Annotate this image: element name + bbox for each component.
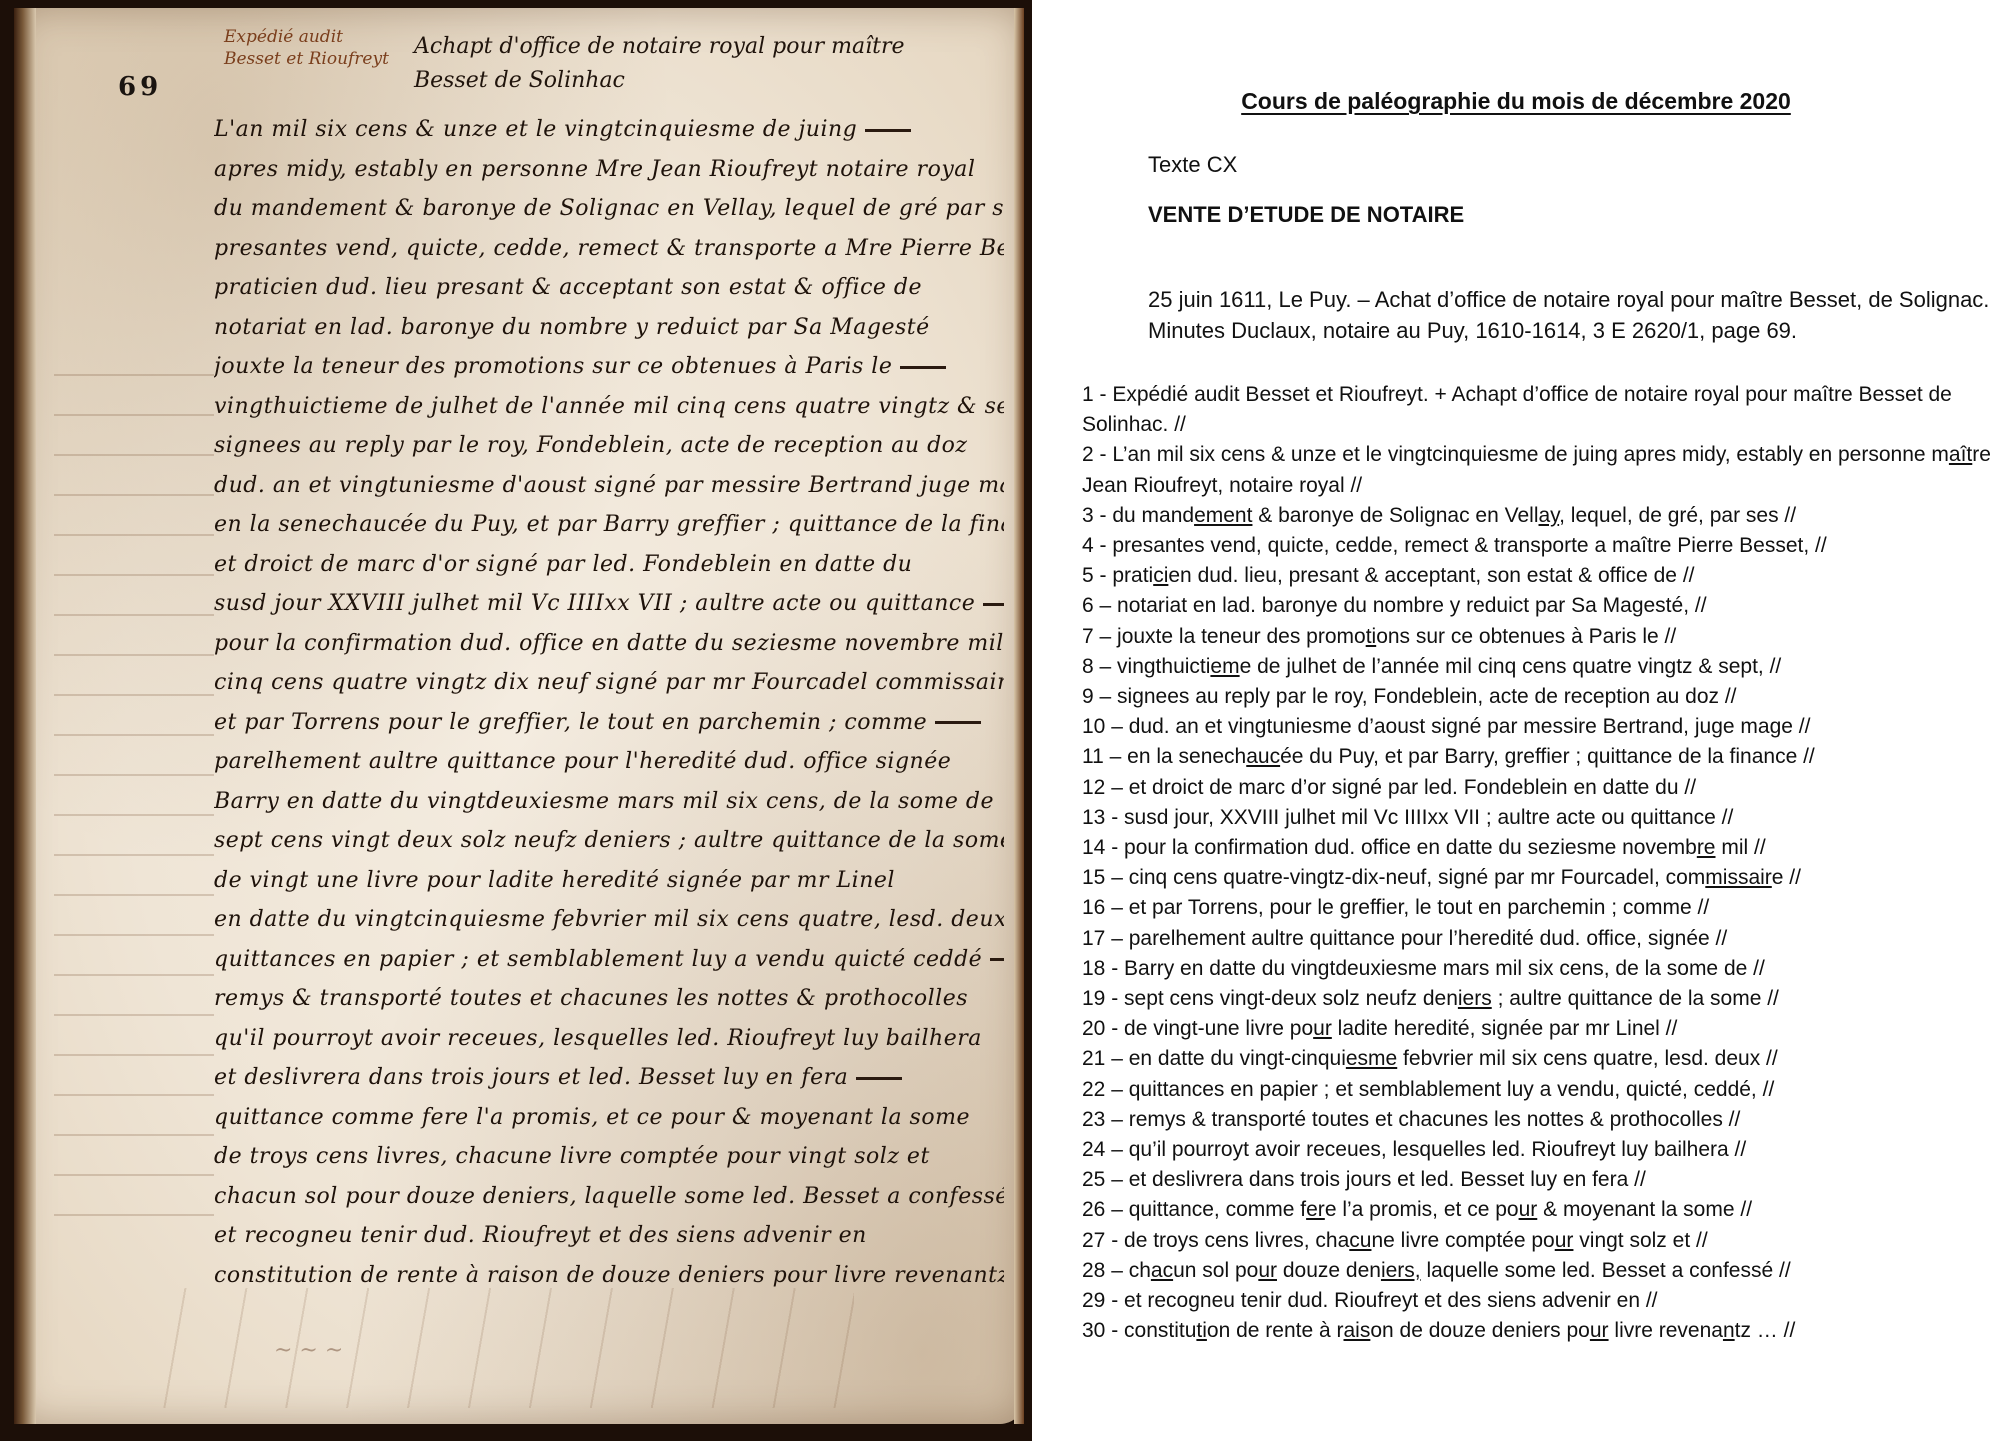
manuscript-line: et recogneu tenir dud. Rioufreyt et des … — [214, 1216, 1004, 1256]
manuscript-line: en datte du vingtcinquiesme febvrier mil… — [214, 900, 1004, 940]
manuscript-handwriting: L'an mil six cens & unze et le vingtcinq… — [214, 110, 1004, 1295]
expanded-abbreviation: ur — [1555, 1229, 1574, 1252]
manuscript-heading: Achapt d'office de notaire royal pour ma… — [414, 30, 994, 98]
manuscript-line-text: chacun sol pour douze deniers, laquelle … — [214, 1184, 1004, 1209]
manuscript-line: signees au reply par le roy, Fondeblein,… — [214, 426, 1004, 466]
manuscript-line-text: et deslivrera dans trois jours et led. B… — [214, 1065, 848, 1090]
line-text: 17 – parelhement aultre quittance pour l… — [1082, 927, 1727, 950]
page-edge — [1014, 8, 1024, 1424]
manuscript-line-text: remys & transporté toutes et chacunes le… — [214, 986, 968, 1011]
transcription-line: 17 – parelhement aultre quittance pour l… — [1082, 924, 2000, 954]
line-filler-dash — [856, 1077, 902, 1080]
line-text: e // — [1772, 866, 1801, 889]
expanded-abbreviation: ement — [1194, 504, 1252, 527]
transcription-line: 1 - Expédié audit Besset et Rioufreyt. +… — [1082, 380, 2000, 440]
transcription-line: 5 - praticien dud. lieu, presant & accep… — [1082, 561, 2000, 591]
manuscript-line: vingthuictieme de julhet de l'année mil … — [214, 387, 1004, 427]
line-text: & baronye de Solignac en Vell — [1252, 504, 1538, 527]
line-filler-dash — [865, 129, 911, 132]
transcription-line: 22 – quittances en papier ; et semblable… — [1082, 1075, 2000, 1105]
manuscript-line: dud. an et vingtuniesme d'aoust signé pa… — [214, 466, 1004, 506]
expanded-abbreviation: re — [1697, 836, 1716, 859]
expanded-abbreviation: ay — [1539, 504, 1560, 527]
manuscript-line: presantes vend, quicte, cedde, remect & … — [214, 229, 1004, 269]
transcription-line: 12 – et droict de marc d’or signé par le… — [1082, 773, 2000, 803]
manuscript-heading-line: Achapt d'office de notaire royal pour ma… — [414, 30, 994, 64]
transcription-line: 13 - susd jour, XXVIII julhet mil Vc III… — [1082, 803, 2000, 833]
expanded-abbreviation: auc — [1246, 745, 1280, 768]
line-filler-dash — [935, 721, 981, 724]
document-summary: 25 juin 1611, Le Puy. – Achat d’office d… — [1148, 284, 1998, 346]
line-text: 23 – remys & transporté toutes et chacun… — [1082, 1108, 1740, 1131]
expanded-abbreviation: aît — [1949, 443, 1972, 466]
expanded-abbreviation: ur — [1313, 1017, 1332, 1040]
expanded-abbreviation: ti — [1196, 1319, 1207, 1342]
manuscript-line-text: jouxte la teneur des promotions sur ce o… — [214, 354, 892, 379]
manuscript-line-text: praticien dud. lieu presant & acceptant … — [214, 275, 922, 300]
manuscript-line-text: en datte du vingtcinquiesme febvrier mil… — [214, 907, 1004, 932]
manuscript-line-text: quittances en papier ; et semblablement … — [214, 947, 982, 972]
line-text: 19 - sept cens vingt-deux solz neufz den — [1082, 987, 1458, 1010]
transcription-line: 19 - sept cens vingt-deux solz neufz den… — [1082, 984, 2000, 1014]
manuscript-line-text: parelhement aultre quittance pour l'here… — [214, 749, 951, 774]
transcription-line: 3 - du mandement & baronye de Solignac e… — [1082, 501, 2000, 531]
manuscript-line-text: cinq cens quatre vingtz dix neuf signé p… — [214, 670, 1004, 695]
expanded-abbreviation: esme — [1346, 1047, 1397, 1070]
line-text: ons sur ce obtenues à Paris le // — [1376, 625, 1676, 648]
manuscript-line-text: signees au reply par le roy, Fondeblein,… — [214, 433, 968, 458]
line-text: 6 – notariat en lad. baronye du nombre y… — [1082, 594, 1707, 617]
manuscript-page: 69 Expédié audit Besset et Rioufreyt Ach… — [14, 8, 1024, 1424]
manuscript-line-text: et droict de marc d'or signé par led. Fo… — [214, 552, 912, 577]
line-text: un sol po — [1173, 1259, 1258, 1282]
line-text: tz … // — [1735, 1319, 1796, 1342]
line-text: 3 - du mand — [1082, 504, 1194, 527]
transcription-line: 26 – quittance, comme fere l’a promis, e… — [1082, 1195, 2000, 1225]
manuscript-line: et droict de marc d'or signé par led. Fo… — [214, 545, 1004, 585]
manuscript-line: en la senechaucée du Puy, et par Barry g… — [214, 505, 1004, 545]
manuscript-line: de troys cens livres, chacune livre comp… — [214, 1137, 1004, 1177]
line-text: 10 – dud. an et vingtuniesme d’aoust sig… — [1082, 715, 1810, 738]
transcription-line: 15 – cinq cens quatre-vingtz-dix-neuf, s… — [1082, 863, 2000, 893]
manuscript-line: praticien dud. lieu presant & acceptant … — [214, 268, 1004, 308]
transcription-line: 10 – dud. an et vingtuniesme d’aoust sig… — [1082, 712, 2000, 742]
line-text: 11 – en la senech — [1082, 745, 1246, 768]
expanded-abbreviation: ur — [1519, 1198, 1538, 1221]
line-text: en dud. lieu, presant & acceptant, son e… — [1168, 564, 1694, 587]
line-text: ée du Puy, et par Barry, greffier ; quit… — [1280, 745, 1815, 768]
manuscript-line: quittance comme fere l'a promis, et ce p… — [214, 1098, 1004, 1138]
manuscript-line-text: vingthuictieme de julhet de l'année mil … — [214, 394, 1004, 419]
expanded-abbreviation: n — [1723, 1319, 1735, 1342]
expanded-abbreviation: cu — [1349, 1229, 1371, 1252]
line-text: laquelle some led. Besset a confessé // — [1421, 1259, 1791, 1282]
manuscript-line: pour la confirmation dud. office en datt… — [214, 624, 1004, 664]
book-gutter — [14, 8, 36, 1424]
line-text: 14 - pour la confirmation dud. office en… — [1082, 836, 1697, 859]
manuscript-line-text: quittance comme fere l'a promis, et ce p… — [214, 1105, 970, 1130]
line-text: 25 – et deslivrera dans trois jours et l… — [1082, 1168, 1646, 1191]
manuscript-line-text: de troys cens livres, chacune livre comp… — [214, 1144, 930, 1169]
manuscript-line: sept cens vingt deux solz neufz deniers … — [214, 821, 1004, 861]
course-title: Cours de paléographie du mois de décembr… — [1032, 88, 2000, 115]
line-text: 2 - L’an mil six cens & unze et le vingt… — [1082, 443, 1949, 466]
bleed-through-signatures: ~ ~ ~ — [274, 1338, 343, 1363]
line-filler-dash — [983, 603, 1004, 606]
manuscript-line: notariat en lad. baronye du nombre y red… — [214, 308, 1004, 348]
manuscript-line: de vingt une livre pour ladite heredité … — [214, 861, 1004, 901]
manuscript-line: quittances en papier ; et semblablement … — [214, 940, 1004, 980]
line-text: 13 - susd jour, XXVIII julhet mil Vc III… — [1082, 806, 1733, 829]
expanded-abbreviation: iers, — [1381, 1259, 1421, 1282]
manuscript-line-text: Barry en datte du vingtdeuxiesme mars mi… — [214, 789, 994, 814]
transcription-line: 4 - presantes vend, quicte, cedde, remec… — [1082, 531, 2000, 561]
manuscript-line-text: apres midy, estably en personne Mre Jean… — [214, 157, 975, 182]
text-label: Texte CX — [1148, 152, 1237, 178]
transcription-line: 28 – chacun sol pour douze deniers, laqu… — [1082, 1256, 2000, 1286]
line-filler-dash — [990, 958, 1004, 961]
manuscript-line: et par Torrens pour le greffier, le tout… — [214, 703, 1004, 743]
line-text: 7 – jouxte la teneur des promo — [1082, 625, 1366, 648]
manuscript-line-text: et recogneu tenir dud. Rioufreyt et des … — [214, 1223, 867, 1248]
manuscript-line: apres midy, estably en personne Mre Jean… — [214, 150, 1004, 190]
transcription-line: 14 - pour la confirmation dud. office en… — [1082, 833, 2000, 863]
expanded-abbreviation: missair — [1705, 866, 1772, 889]
transcription-line: 18 - Barry en datte du vingtdeuxiesme ma… — [1082, 954, 2000, 984]
transcription-line: 9 – signees au reply par le roy, Fondebl… — [1082, 682, 2000, 712]
manuscript-line-text: pour la confirmation dud. office en datt… — [214, 631, 1004, 656]
line-text: douze den — [1277, 1259, 1381, 1282]
line-text: vingt solz et // — [1573, 1229, 1707, 1252]
transcription-line: 30 - constitution de rente à raison de d… — [1082, 1316, 2000, 1346]
expanded-abbreviation: ac — [1151, 1259, 1173, 1282]
line-text: 12 – et droict de marc d’or signé par le… — [1082, 776, 1696, 799]
line-text: 27 - de troys cens livres, cha — [1082, 1229, 1349, 1252]
transcription-line: 11 – en la senechaucée du Puy, et par Ba… — [1082, 742, 2000, 772]
transcription-line: 8 – vingthuictieme de julhet de l’année … — [1082, 652, 2000, 682]
line-text: 16 – et par Torrens, pour le greffier, l… — [1082, 896, 1709, 919]
line-text: 26 – quittance, comme f — [1082, 1198, 1306, 1221]
line-text: e l’a promis, et ce po — [1325, 1198, 1519, 1221]
line-text: 18 - Barry en datte du vingtdeuxiesme ma… — [1082, 957, 1765, 980]
line-text: ne livre comptée po — [1371, 1229, 1554, 1252]
line-text: e de julhet de l’année mil cinq cens qua… — [1240, 655, 1782, 678]
manuscript-line-text: notariat en lad. baronye du nombre y red… — [214, 315, 930, 340]
line-text: & moyenant la some // — [1537, 1198, 1752, 1221]
manuscript-line: parelhement aultre quittance pour l'here… — [214, 742, 1004, 782]
manuscript-line: qu'il pourroyt avoir receues, lesquelles… — [214, 1019, 1004, 1059]
manuscript-line-text: en la senechaucée du Puy, et par Barry g… — [214, 512, 1004, 537]
line-text: 4 - presantes vend, quicte, cedde, remec… — [1082, 534, 1827, 557]
expanded-abbreviation: ur — [1590, 1319, 1609, 1342]
line-text: 8 – vingthuicti — [1082, 655, 1210, 678]
ink-bleed-through-bottom — [154, 1288, 854, 1408]
line-text: , lequel, de gré, par ses // — [1559, 504, 1796, 527]
expanded-abbreviation: ais — [1344, 1319, 1371, 1342]
manuscript-line-text: du mandement & baronye de Solignac en Ve… — [214, 196, 1004, 221]
line-text: 24 – qu’il pourroyt avoir receues, lesqu… — [1082, 1138, 1746, 1161]
line-text: 30 - constitu — [1082, 1319, 1196, 1342]
manuscript-line-text: qu'il pourroyt avoir receues, lesquelles… — [214, 1026, 982, 1051]
line-text: 15 – cinq cens quatre-vingtz-dix-neuf, s… — [1082, 866, 1705, 889]
document-heading: VENTE D’ETUDE DE NOTAIRE — [1148, 202, 1464, 228]
line-text: livre revena — [1609, 1319, 1723, 1342]
line-text: 9 – signees au reply par le roy, Fondebl… — [1082, 685, 1737, 708]
line-text: 28 – ch — [1082, 1259, 1151, 1282]
manuscript-line: susd jour XXVIII julhet mil Vc IIIIxx VI… — [214, 584, 1004, 624]
manuscript-line: et deslivrera dans trois jours et led. B… — [214, 1058, 1004, 1098]
ink-bleed-through — [54, 348, 214, 1248]
manuscript-line: chacun sol pour douze deniers, laquelle … — [214, 1177, 1004, 1217]
line-text: on de douze deniers po — [1370, 1319, 1590, 1342]
transcription-line: 24 – qu’il pourroyt avoir receues, lesqu… — [1082, 1135, 2000, 1165]
manuscript-heading-line: Besset de Solinhac — [414, 64, 994, 98]
line-text: 1 - Expédié audit Besset et Rioufreyt. +… — [1082, 383, 1952, 436]
transcription-lines: 1 - Expédié audit Besset et Rioufreyt. +… — [1082, 380, 2000, 1347]
transcription-line: 6 – notariat en lad. baronye du nombre y… — [1082, 591, 2000, 621]
transcription-line: 25 – et deslivrera dans trois jours et l… — [1082, 1165, 2000, 1195]
line-text: 20 - de vingt-une livre po — [1082, 1017, 1313, 1040]
transcription-panel: Cours de paléographie du mois de décembr… — [1032, 0, 2000, 1441]
transcription-line: 27 - de troys cens livres, chacune livre… — [1082, 1226, 2000, 1256]
manuscript-line: jouxte la teneur des promotions sur ce o… — [214, 347, 1004, 387]
transcription-line: 23 – remys & transporté toutes et chacun… — [1082, 1105, 2000, 1135]
manuscript-line-text: de vingt une livre pour ladite heredité … — [214, 868, 895, 893]
manuscript-line: cinq cens quatre vingtz dix neuf signé p… — [214, 663, 1004, 703]
line-filler-dash — [900, 366, 946, 369]
expanded-abbreviation: ur — [1258, 1259, 1277, 1282]
folio-number: 69 — [118, 72, 162, 102]
manuscript-line-text: L'an mil six cens & unze et le vingtcinq… — [214, 117, 857, 142]
line-text: on de rente à r — [1207, 1319, 1344, 1342]
manuscript-line-text: sept cens vingt deux solz neufz deniers … — [214, 828, 1004, 853]
transcription-line: 2 - L’an mil six cens & unze et le vingt… — [1082, 440, 2000, 500]
manuscript-line-text: dud. an et vingtuniesme d'aoust signé pa… — [214, 473, 1004, 498]
manuscript-line-text: et par Torrens pour le greffier, le tout… — [214, 710, 927, 735]
line-text: ; aultre quittance de la some // — [1492, 987, 1779, 1010]
line-text: 5 - prati — [1082, 564, 1153, 587]
manuscript-line-text: constitution de rente à raison de douze … — [214, 1263, 1004, 1288]
line-text: 29 - et recogneu tenir dud. Rioufreyt et… — [1082, 1289, 1658, 1312]
transcription-line: 16 – et par Torrens, pour le greffier, l… — [1082, 893, 2000, 923]
line-text: 22 – quittances en papier ; et semblable… — [1082, 1078, 1774, 1101]
expanded-abbreviation: ci — [1153, 564, 1168, 587]
transcription-line: 7 – jouxte la teneur des promotions sur … — [1082, 622, 2000, 652]
manuscript-photo: 69 Expédié audit Besset et Rioufreyt Ach… — [0, 0, 1032, 1441]
transcription-line: 21 – en datte du vingt-cinquiesme febvri… — [1082, 1044, 2000, 1074]
line-text: mil // — [1716, 836, 1766, 859]
manuscript-line: remys & transporté toutes et chacunes le… — [214, 979, 1004, 1019]
manuscript-line: du mandement & baronye de Solignac en Ve… — [214, 189, 1004, 229]
line-text: ladite heredité, signée par mr Linel // — [1332, 1017, 1678, 1040]
margin-note: Expédié audit Besset et Rioufreyt — [224, 26, 404, 70]
expanded-abbreviation: iers — [1458, 987, 1492, 1010]
expanded-abbreviation: em — [1210, 655, 1239, 678]
manuscript-line: Barry en datte du vingtdeuxiesme mars mi… — [214, 782, 1004, 822]
manuscript-line: constitution de rente à raison de douze … — [214, 1256, 1004, 1296]
transcription-line: 29 - et recogneu tenir dud. Rioufreyt et… — [1082, 1286, 2000, 1316]
manuscript-line-text: susd jour XXVIII julhet mil Vc IIIIxx VI… — [214, 591, 975, 616]
manuscript-line-text: presantes vend, quicte, cedde, remect & … — [214, 236, 1004, 261]
manuscript-line: L'an mil six cens & unze et le vingtcinq… — [214, 110, 1004, 150]
line-text: febvrier mil six cens quatre, lesd. deux… — [1397, 1047, 1778, 1070]
line-text: 21 – en datte du vingt-cinqui — [1082, 1047, 1346, 1070]
expanded-abbreviation: ti — [1366, 625, 1377, 648]
expanded-abbreviation: er — [1306, 1198, 1325, 1221]
transcription-line: 20 - de vingt-une livre pour ladite here… — [1082, 1014, 2000, 1044]
